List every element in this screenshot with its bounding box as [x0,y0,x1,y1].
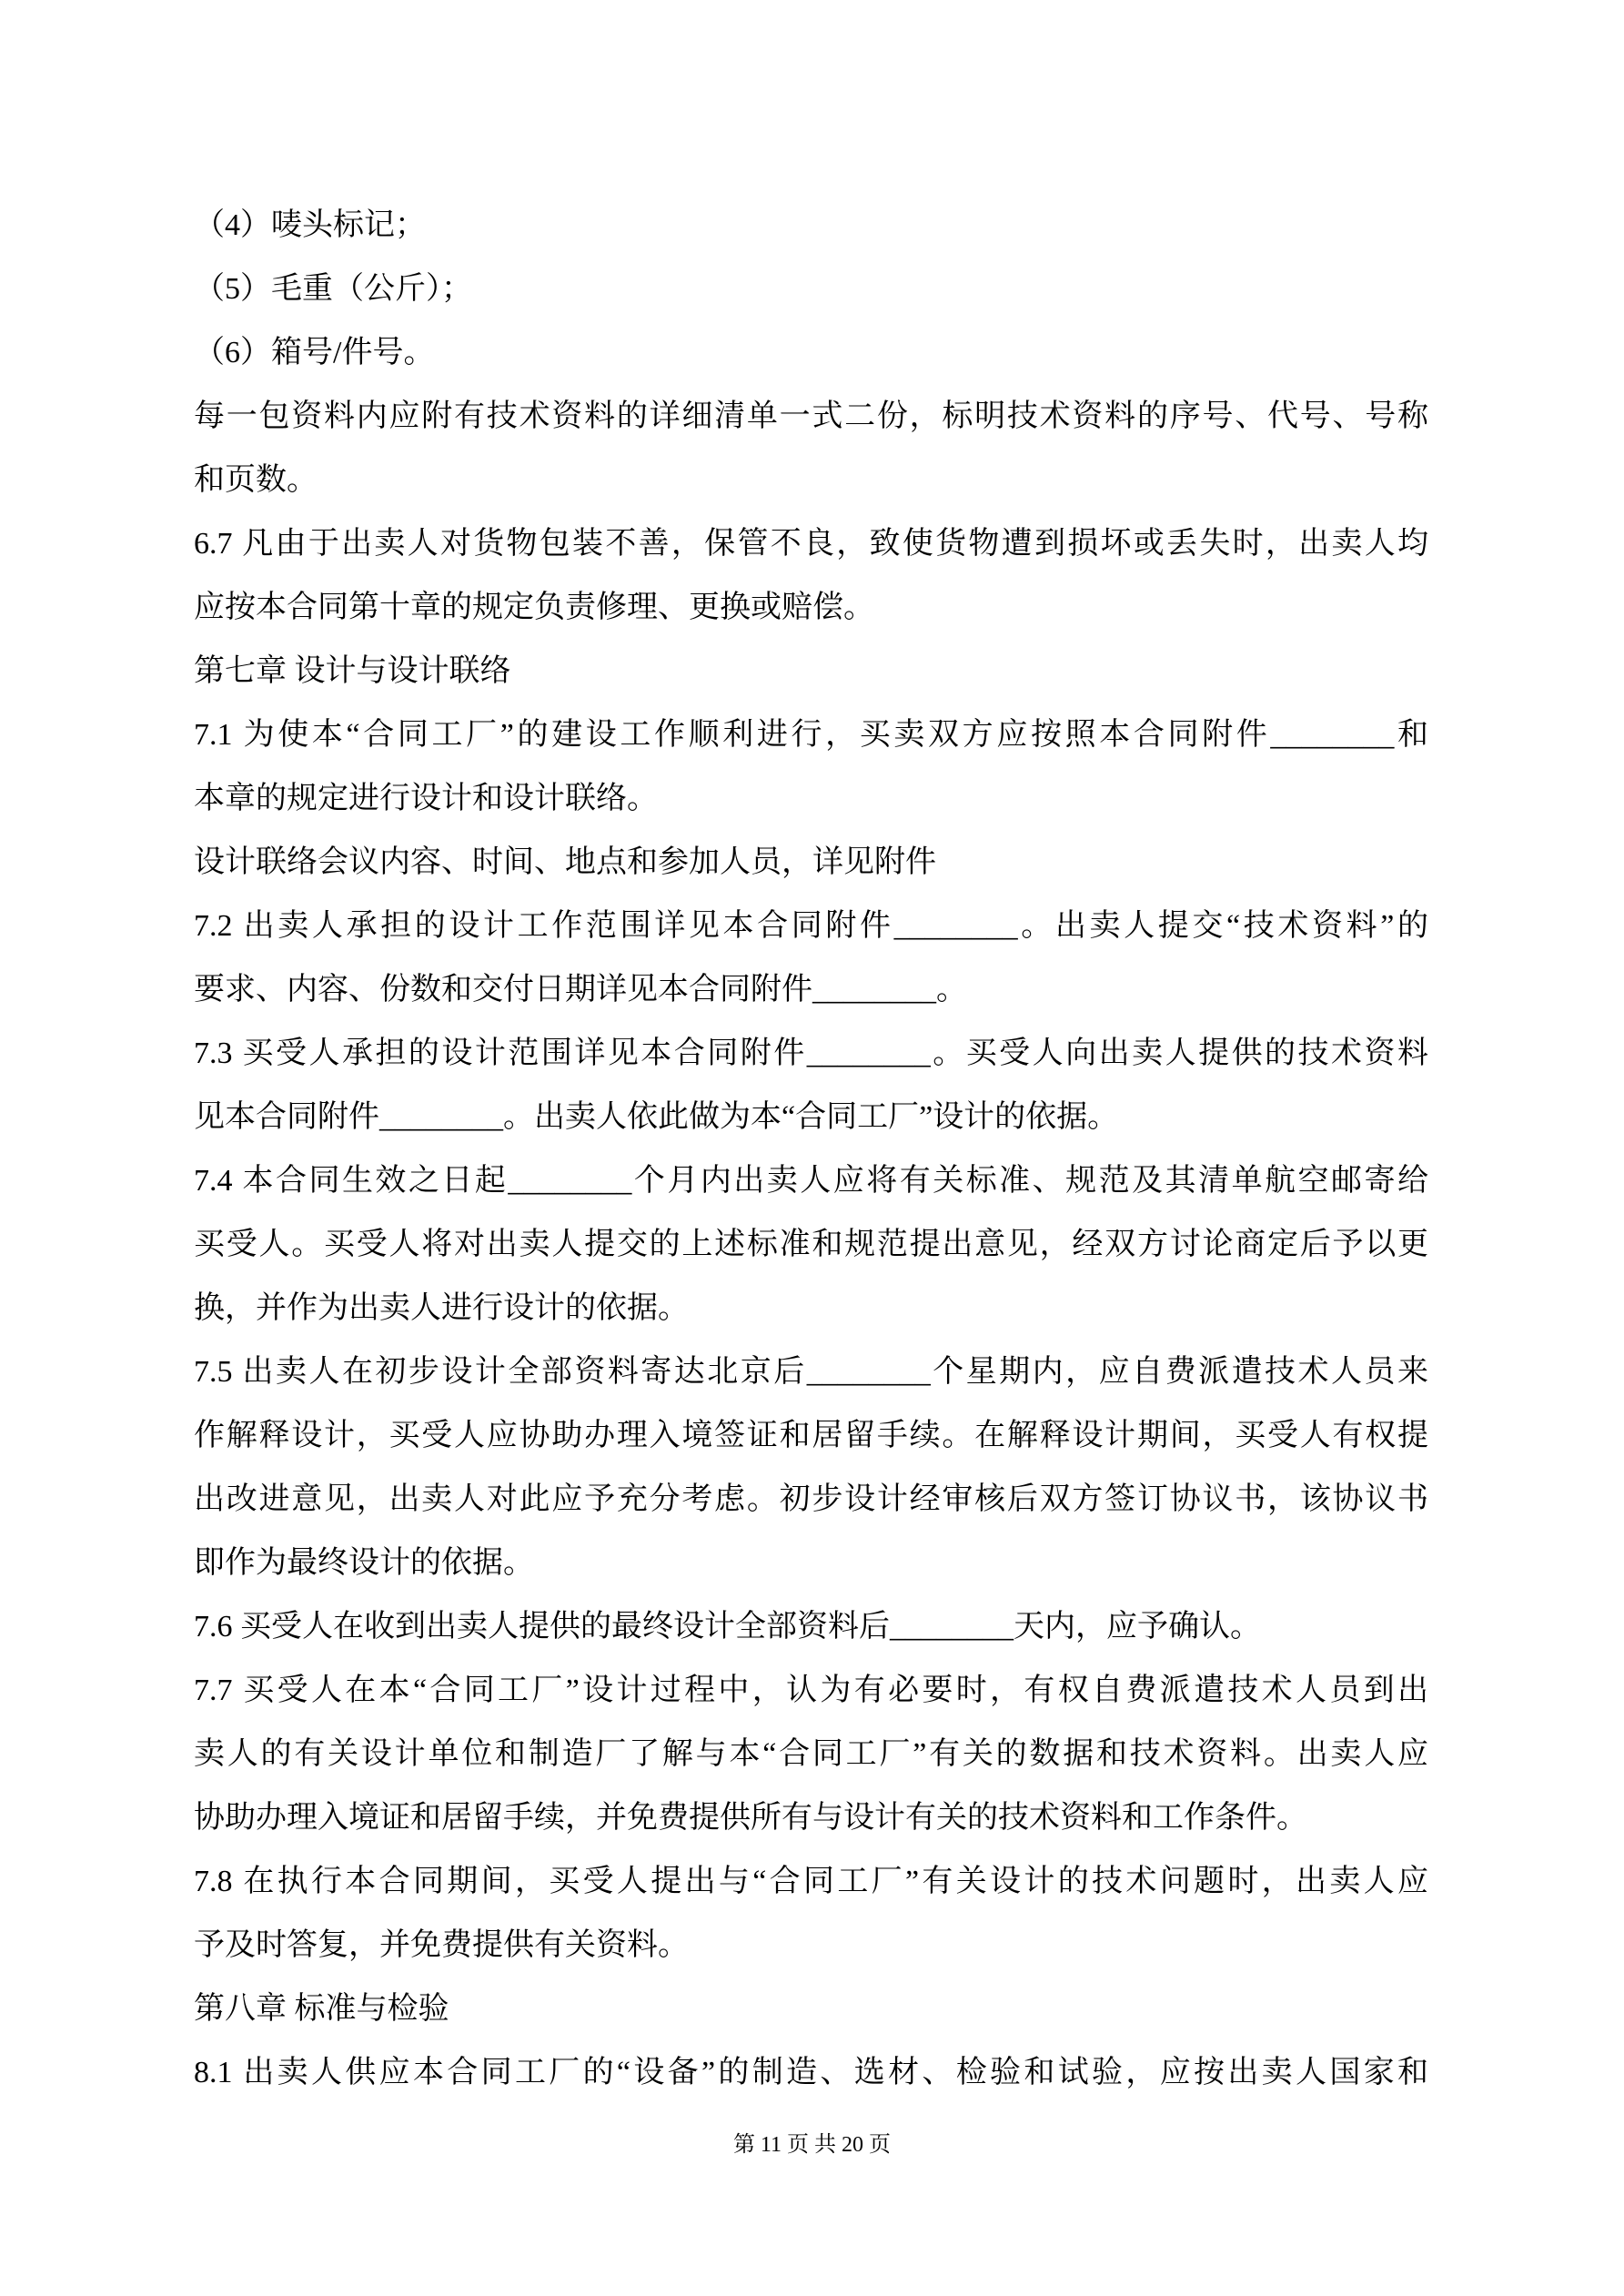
text-line: 7.3 买受人承担的设计范围详见本合同附件________。买受人向出卖人提供的… [194,1022,1428,1086]
text-line: 出改进意见，出卖人对此应予充分考虑。初步设计经审核后双方签订协议书，该协议书 [194,1468,1428,1532]
text-line: 卖人的有关设计单位和制造厂了解与本“合同工厂”有关的数据和技术资料。出卖人应 [194,1723,1428,1786]
text-line: 6.7 凡由于出卖人对货物包装不善，保管不良，致使货物遭到损坏或丢失时，出卖人均 [194,512,1428,576]
text-line: 7.2 出卖人承担的设计工作范围详见本合同附件________。出卖人提交“技术… [194,895,1428,958]
text-line: 第七章 设计与设计联络 [194,640,1428,703]
text-line: 7.6 买受人在收到出卖人提供的最终设计全部资料后________天内，应予确认… [194,1595,1428,1659]
text-line: 予及时答复，并免费提供有关资料。 [194,1914,1428,1977]
text-line: 见本合同附件________。出卖人依此做为本“合同工厂”设计的依据。 [194,1086,1428,1149]
page-number-footer: 第 11 页 共 20 页 [0,2129,1624,2160]
page-number-text: 第 11 页 共 20 页 [733,2133,891,2157]
text-line: （4）唛头标记； [194,194,1428,258]
text-line: 换，并作为出卖人进行设计的依据。 [194,1277,1428,1340]
text-line: 即作为最终设计的依据。 [194,1532,1428,1595]
text-line: 每一包资料内应附有技术资料的详细清单一式二份，标明技术资料的序号、代号、号称 [194,385,1428,449]
text-line: 7.5 出卖人在初步设计全部资料寄达北京后________个星期内，应自费派遣技… [194,1340,1428,1404]
text-line: 应按本合同第十章的规定负责修理、更换或赔偿。 [194,576,1428,640]
text-line: 设计联络会议内容、时间、地点和参加人员，详见附件 [194,831,1428,895]
document-body: （4）唛头标记；（5）毛重（公斤）；（6）箱号/件号。每一包资料内应附有技术资料… [194,194,1428,2105]
text-line: 第八章 标准与检验 [194,1977,1428,2041]
text-line: 8.1 出卖人供应本合同工厂的“设备”的制造、选材、检验和试验，应按出卖人国家和 [194,2041,1428,2105]
text-line: 7.1 为使本“合同工厂”的建设工作顺利进行，买卖双方应按照本合同附件_____… [194,703,1428,767]
text-line: 7.7 买受人在本“合同工厂”设计过程中，认为有必要时，有权自费派遣技术人员到出 [194,1659,1428,1723]
contract-document-page: （4）唛头标记；（5）毛重（公斤）；（6）箱号/件号。每一包资料内应附有技术资料… [0,0,1624,2296]
text-line: （6）箱号/件号。 [194,321,1428,385]
text-line: 作解释设计，买受人应协助办理入境签证和居留手续。在解释设计期间，买受人有权提 [194,1404,1428,1468]
text-line: 和页数。 [194,449,1428,512]
text-line: （5）毛重（公斤）； [194,258,1428,321]
text-line: 7.8 在执行本合同期间，买受人提出与“合同工厂”有关设计的技术问题时，出卖人应 [194,1850,1428,1914]
text-line: 要求、内容、份数和交付日期详见本合同附件________。 [194,958,1428,1022]
text-line: 买受人。买受人将对出卖人提交的上述标准和规范提出意见，经双方讨论商定后予以更 [194,1213,1428,1277]
text-line: 协助办理入境证和居留手续，并免费提供所有与设计有关的技术资料和工作条件。 [194,1786,1428,1850]
text-line: 7.4 本合同生效之日起________个月内出卖人应将有关标准、规范及其清单航… [194,1149,1428,1213]
text-line: 本章的规定进行设计和设计联络。 [194,767,1428,831]
